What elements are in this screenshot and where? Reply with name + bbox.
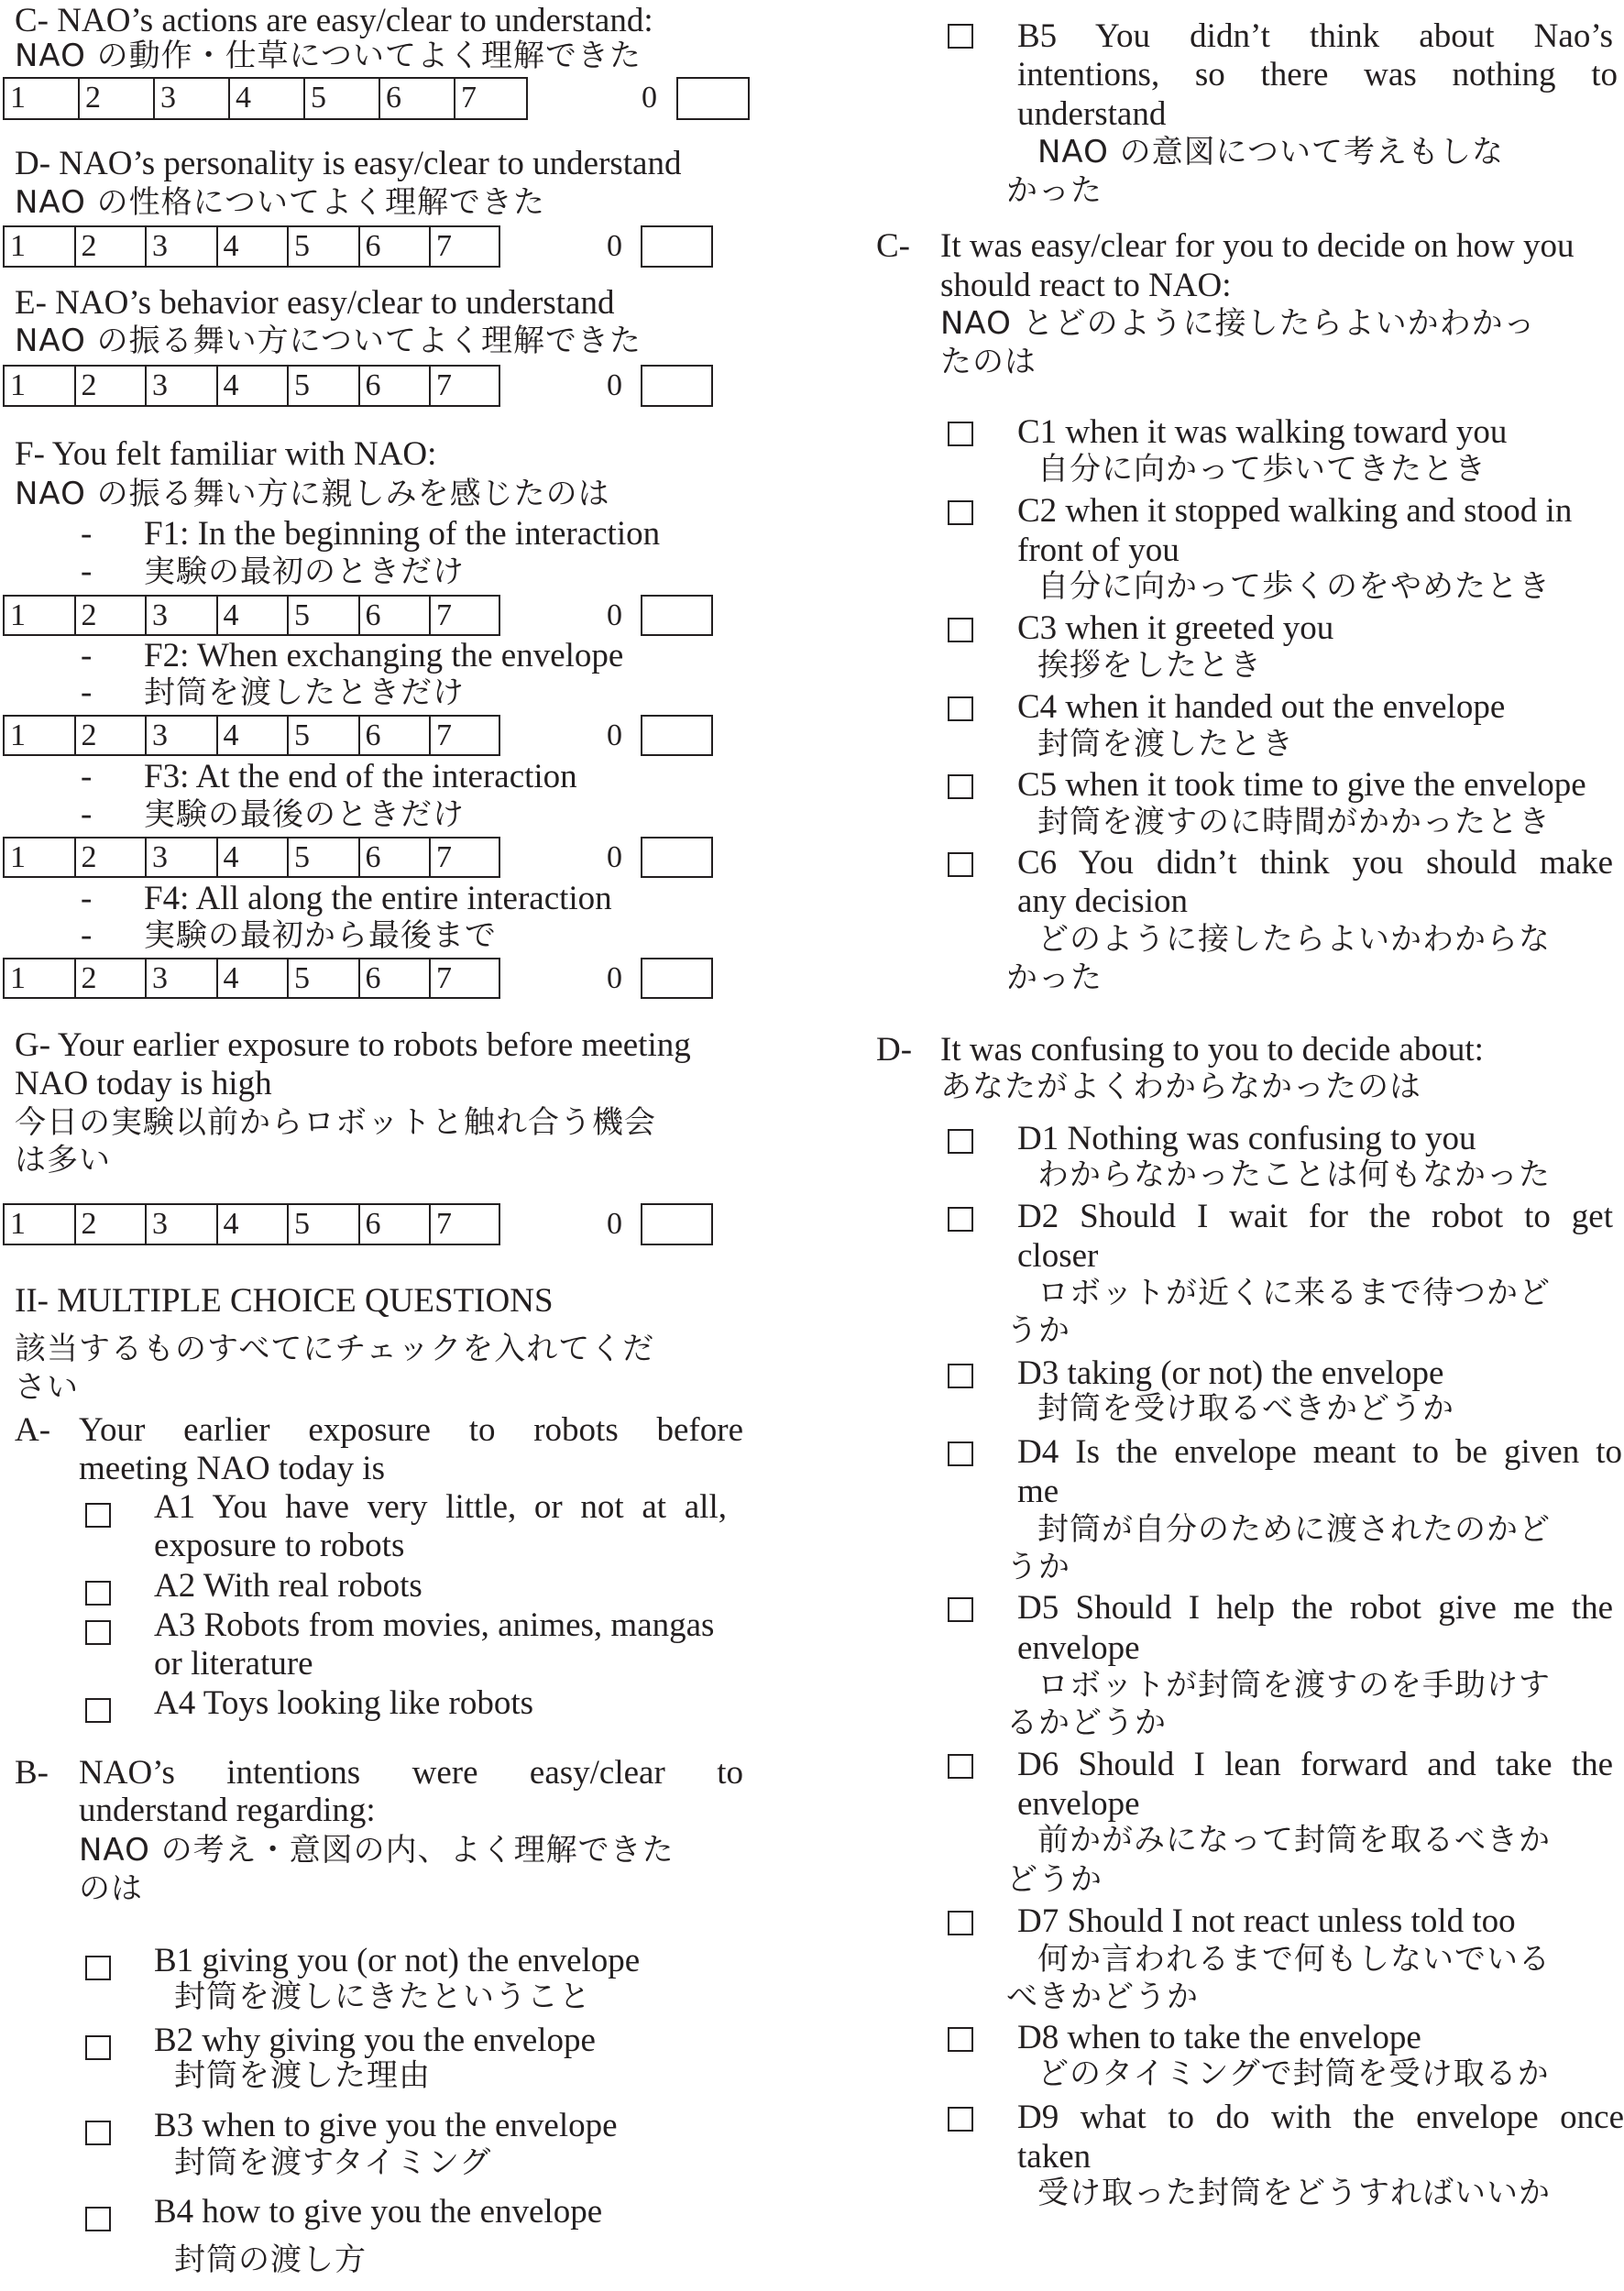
- checkbox-c5[interactable]: [948, 774, 973, 799]
- checkbox-b1[interactable]: [85, 1956, 111, 1980]
- scale-option-4[interactable]: 4: [218, 959, 290, 997]
- question-d-mc-jp-line1: あなたがよくわからなかったのは: [940, 1068, 1421, 1106]
- rating-scale-g: 1 2 3 4 5 6 7: [3, 1203, 500, 1245]
- option-d2-line1: D2 Should I wait for the robot to get: [1017, 1198, 1613, 1236]
- checkbox-d8[interactable]: [948, 2027, 973, 2052]
- rating-scale-f2: 1 2 3 4 5 6 7: [3, 715, 500, 756]
- rating-scale-f4: 1 2 3 4 5 6 7: [3, 958, 500, 999]
- scale-option-5[interactable]: 5: [289, 227, 360, 266]
- scale-option-6[interactable]: 6: [360, 717, 432, 754]
- option-b3-jp: 封筒を渡すタイミング: [174, 2143, 491, 2182]
- option-d7-jp-line2: べきかどうか: [1006, 1978, 1199, 2016]
- option-d7: D7 Should I not react unless told too: [1017, 1902, 1516, 1941]
- option-c6-jp-line1: どのように接したらよいかわからな: [1037, 920, 1551, 959]
- option-b5-line3: understand: [1017, 95, 1166, 134]
- question-c-mc-label: C-: [876, 227, 910, 266]
- scale-option-3[interactable]: 3: [147, 959, 218, 997]
- checkbox-b3[interactable]: [85, 2121, 111, 2145]
- option-c6-jp-line2: かった: [1006, 959, 1103, 997]
- option-a3-line1: A3 Robots from movies, animes, mangas: [154, 1606, 714, 1645]
- question-c-title: C- NAO’s actions are easy/clear to under…: [15, 2, 653, 40]
- option-c2-line1: C2 when it stopped walking and stood in: [1017, 492, 1572, 531]
- section-2-title: II- MULTIPLE CHOICE QUESTIONS: [15, 1282, 554, 1321]
- checkbox-d2[interactable]: [948, 1207, 973, 1232]
- checkbox-c1[interactable]: [948, 422, 973, 446]
- question-b-jp-line2: のは: [79, 1869, 143, 1908]
- option-d7-jp-line1: 何か言われるまで何もしないでいる: [1037, 1940, 1551, 1979]
- option-d6-line2: envelope: [1017, 1785, 1140, 1824]
- option-b5-line2: intentions, so there was nothing to: [1017, 56, 1618, 94]
- option-b4-jp: 封筒の渡し方: [174, 2241, 367, 2279]
- bullet-dash: -: [81, 637, 92, 675]
- scale-option-3[interactable]: 3: [155, 79, 230, 118]
- f3-jp: 実験の最後のときだけ: [144, 795, 465, 834]
- scale-option-3[interactable]: 3: [147, 839, 218, 876]
- option-c6-line1: C6 You didn’t think you should make: [1017, 844, 1613, 882]
- bullet-dash: -: [81, 515, 92, 554]
- scale-option-7[interactable]: 7: [431, 1205, 499, 1244]
- section-2-instruction-line2: さい: [15, 1368, 79, 1407]
- option-d5-jp-line1: ロボットが封筒を渡すのを手助けす: [1037, 1666, 1551, 1705]
- scale-option-2[interactable]: 2: [76, 959, 148, 997]
- scale-option-6[interactable]: 6: [360, 839, 432, 876]
- scale-option-7[interactable]: 7: [455, 79, 526, 118]
- scale-option-1[interactable]: 1: [5, 597, 76, 634]
- f3-label: F3: At the end of the interaction: [144, 758, 577, 796]
- option-d6-line1: D6 Should I lean forward and take the: [1017, 1746, 1613, 1784]
- scale-option-3[interactable]: 3: [147, 1205, 218, 1244]
- option-c3-jp: 挨拶をしたとき: [1037, 646, 1262, 685]
- question-c-jp: NAO の動作・仕草についてよく理解できた: [15, 37, 642, 75]
- scale-option-1[interactable]: 1: [5, 959, 76, 997]
- option-d4-line2: me: [1017, 1473, 1059, 1511]
- question-g-title-line1: G- Your earlier exposure to robots befor…: [15, 1026, 691, 1065]
- question-f-jp: NAO の振る舞い方に親しみを感じたのは: [15, 475, 610, 513]
- bullet-dash: -: [81, 674, 92, 712]
- section-2-instruction-line1: 該当するものすべてにチェックを入れてくだ: [15, 1330, 654, 1368]
- zero-label: 0: [607, 839, 622, 877]
- option-d2-jp-line1: ロボットが近くに来るまで待つかど: [1037, 1274, 1551, 1312]
- scale-option-5[interactable]: 5: [289, 367, 360, 405]
- question-c-mc-jp-line1: NAO とどのように接したらよいかわかっ: [940, 304, 1536, 343]
- scale-option-2[interactable]: 2: [76, 597, 148, 634]
- zero-answer-box-f3[interactable]: [641, 837, 713, 878]
- checkbox-c2[interactable]: [948, 500, 973, 525]
- checkbox-c4[interactable]: [948, 696, 973, 721]
- scale-option-4[interactable]: 4: [230, 79, 305, 118]
- rating-scale-c: 1 2 3 4 5 6 7: [3, 77, 528, 120]
- checkbox-a2[interactable]: [85, 1581, 111, 1606]
- scale-option-5[interactable]: 5: [289, 717, 360, 754]
- f4-label: F4: All along the entire interaction: [144, 880, 612, 918]
- zero-label: 0: [607, 597, 622, 635]
- question-b-label: B-: [15, 1754, 49, 1792]
- f1-label: F1: In the beginning of the interaction: [144, 515, 660, 554]
- scale-option-7[interactable]: 7: [431, 959, 499, 997]
- scale-option-3[interactable]: 3: [147, 367, 218, 405]
- checkbox-a3[interactable]: [85, 1620, 111, 1645]
- option-b3: B3 when to give you the envelope: [154, 2107, 618, 2145]
- question-b-line1: NAO’s intentions were easy/clear to: [79, 1754, 743, 1792]
- scale-option-4[interactable]: 4: [218, 597, 290, 634]
- option-c4-jp: 封筒を渡したとき: [1037, 725, 1294, 763]
- checkbox-b4[interactable]: [85, 2207, 111, 2231]
- scale-option-2[interactable]: 2: [80, 79, 155, 118]
- option-d4-line1: D4 Is the envelope meant to be given to: [1017, 1433, 1622, 1472]
- option-b5-jp-line2: かった: [1006, 171, 1103, 210]
- zero-answer-box-f1[interactable]: [641, 595, 713, 636]
- f2-jp: 封筒を渡したときだけ: [144, 674, 465, 712]
- rating-scale-e: 1 2 3 4 5 6 7: [3, 365, 500, 407]
- checkbox-b2[interactable]: [85, 2035, 111, 2060]
- option-b1-jp: 封筒を渡しにきたということ: [174, 1978, 591, 2016]
- option-c4: C4 when it handed out the envelope: [1017, 688, 1505, 727]
- option-c1: C1 when it was walking toward you: [1017, 413, 1507, 452]
- scale-option-6[interactable]: 6: [380, 79, 455, 118]
- scale-option-5[interactable]: 5: [289, 1205, 360, 1244]
- question-f-title: F- You felt familiar with NAO:: [15, 435, 436, 474]
- bullet-dash: -: [81, 880, 92, 918]
- scale-option-4[interactable]: 4: [218, 227, 290, 266]
- question-g-jp-line2: は多い: [15, 1141, 111, 1179]
- option-d4-jp-line1: 封筒が自分のために渡されたのかど: [1037, 1510, 1551, 1549]
- zero-answer-box-e[interactable]: [641, 365, 713, 407]
- option-d9-jp: 受け取った封筒をどうすればいいか: [1037, 2174, 1551, 2212]
- zero-answer-box-c[interactable]: [676, 77, 750, 120]
- checkbox-d1[interactable]: [948, 1129, 973, 1154]
- option-d9-line1: D9 what to do with the envelope once: [1017, 2099, 1624, 2137]
- option-d5-line2: envelope: [1017, 1629, 1140, 1668]
- option-d3-jp: 封筒を受け取るべきかどうか: [1037, 1389, 1454, 1428]
- zero-label: 0: [607, 227, 622, 266]
- question-b-line2: understand regarding:: [79, 1792, 376, 1830]
- question-d-mc-line1: It was confusing to you to decide about:: [940, 1031, 1484, 1069]
- zero-label: 0: [607, 1205, 622, 1244]
- option-b5-jp-line1: NAO の意図について考えもしな: [1037, 133, 1504, 171]
- checkbox-d4[interactable]: [948, 1441, 973, 1466]
- zero-answer-box-f2[interactable]: [641, 715, 713, 756]
- scale-option-4[interactable]: 4: [218, 367, 290, 405]
- question-a-line1: Your earlier exposure to robots before: [79, 1411, 743, 1450]
- scale-option-6[interactable]: 6: [360, 1205, 432, 1244]
- option-b4: B4 how to give you the envelope: [154, 2193, 602, 2231]
- option-b5-line1: B5 You didn’t think about Nao’s: [1017, 17, 1613, 56]
- scale-option-2[interactable]: 2: [76, 227, 148, 266]
- scale-option-3[interactable]: 3: [147, 717, 218, 754]
- option-d3: D3 taking (or not) the envelope: [1017, 1354, 1443, 1393]
- option-c5-jp: 封筒を渡すのに時間がかかったとき: [1037, 803, 1551, 841]
- scale-option-5[interactable]: 5: [289, 597, 360, 634]
- zero-label: 0: [607, 717, 622, 755]
- option-a4: A4 Toys looking like robots: [154, 1684, 533, 1723]
- option-c1-jp: 自分に向かって歩いてきたとき: [1037, 450, 1487, 488]
- f4-jp: 実験の最初から最後まで: [144, 916, 497, 955]
- question-g-title-line2: NAO today is high: [15, 1065, 272, 1103]
- option-c6-line2: any decision: [1017, 882, 1188, 921]
- zero-label: 0: [607, 959, 622, 998]
- option-a1-line1: A1 You have very little, or not at all,: [154, 1488, 727, 1527]
- scale-option-5[interactable]: 5: [289, 959, 360, 997]
- option-a2: A2 With real robots: [154, 1567, 422, 1606]
- zero-answer-box-f4[interactable]: [641, 958, 713, 999]
- scale-option-1[interactable]: 1: [5, 227, 76, 266]
- scale-option-1[interactable]: 1: [5, 367, 76, 405]
- scale-option-7[interactable]: 7: [431, 597, 499, 634]
- checkbox-d3[interactable]: [948, 1364, 973, 1388]
- rating-scale-f1: 1 2 3 4 5 6 7: [3, 595, 500, 636]
- question-b-jp-line1: NAO の考え・意図の内、よく理解できた: [79, 1831, 675, 1869]
- question-e-jp: NAO の振る舞い方についてよく理解できた: [15, 322, 642, 360]
- scale-option-5[interactable]: 5: [305, 79, 380, 118]
- option-b1: B1 giving you (or not) the envelope: [154, 1942, 640, 1980]
- option-b2-jp: 封筒を渡した理由: [174, 2056, 431, 2095]
- scale-option-7[interactable]: 7: [431, 227, 499, 266]
- bullet-dash: -: [81, 758, 92, 796]
- scale-option-2[interactable]: 2: [76, 839, 148, 876]
- scale-option-6[interactable]: 6: [360, 227, 432, 266]
- option-c2-jp: 自分に向かって歩くのをやめたとき: [1037, 567, 1551, 606]
- question-c-mc-line2: should react to NAO:: [940, 267, 1232, 305]
- zero-label: 0: [642, 79, 657, 117]
- checkbox-b5[interactable]: [948, 24, 973, 49]
- question-d-title: D- NAO’s personality is easy/clear to un…: [15, 145, 681, 183]
- option-d2-jp-line2: うか: [1006, 1311, 1070, 1350]
- scale-option-1[interactable]: 1: [5, 839, 76, 876]
- scale-option-1[interactable]: 1: [5, 717, 76, 754]
- zero-label: 0: [607, 367, 622, 405]
- scale-option-1[interactable]: 1: [5, 79, 80, 118]
- question-d-jp: NAO の性格についてよく理解できた: [15, 183, 545, 222]
- option-d1: D1 Nothing was confusing to you: [1017, 1120, 1476, 1158]
- f1-jp: 実験の最初のときだけ: [144, 553, 465, 591]
- option-a1-line2: exposure to robots: [154, 1527, 404, 1565]
- option-d6-jp-line1: 前かがみになって封筒を取るべきか: [1037, 1821, 1551, 1859]
- checkbox-d5[interactable]: [948, 1597, 973, 1622]
- option-d8-jp: どのタイミングで封筒を受け取るか: [1037, 2055, 1550, 2093]
- question-g-jp-line1: 今日の実験以前からロボットと触れ合う機会: [15, 1103, 656, 1142]
- option-c2-line2: front of you: [1017, 532, 1180, 570]
- option-d4-jp-line2: うか: [1006, 1548, 1070, 1586]
- bullet-dash: -: [81, 553, 92, 591]
- option-a3-line2: or literature: [154, 1645, 313, 1683]
- scale-option-6[interactable]: 6: [360, 367, 432, 405]
- scale-option-2[interactable]: 2: [76, 1205, 148, 1244]
- question-a-line2: meeting NAO today is: [79, 1450, 385, 1488]
- option-d8: D8 when to take the envelope: [1017, 2019, 1421, 2057]
- checkbox-d6[interactable]: [948, 1754, 973, 1779]
- scale-option-7[interactable]: 7: [431, 367, 499, 405]
- bullet-dash: -: [81, 916, 92, 955]
- option-b2: B2 why giving you the envelope: [154, 2022, 596, 2060]
- rating-scale-f3: 1 2 3 4 5 6 7: [3, 837, 500, 878]
- checkbox-c3[interactable]: [948, 618, 973, 642]
- scale-option-7[interactable]: 7: [431, 717, 499, 754]
- checkbox-a1[interactable]: [85, 1503, 111, 1528]
- option-d1-jp: わからなかったことは何もなかった: [1037, 1156, 1551, 1194]
- f2-label: F2: When exchanging the envelope: [144, 637, 623, 675]
- option-d9-line2: taken: [1017, 2138, 1091, 2176]
- scale-option-4[interactable]: 4: [218, 717, 290, 754]
- option-d6-jp-line2: どうか: [1006, 1860, 1103, 1899]
- scale-option-4[interactable]: 4: [218, 839, 290, 876]
- question-c-mc-line1: It was easy/clear for you to decide on h…: [940, 227, 1574, 266]
- scale-option-6[interactable]: 6: [360, 597, 432, 634]
- scale-option-6[interactable]: 6: [360, 959, 432, 997]
- option-d5-jp-line2: るかどうか: [1006, 1704, 1167, 1742]
- question-c-mc-jp-line2: たのは: [940, 343, 1037, 381]
- scale-option-3[interactable]: 3: [147, 227, 218, 266]
- zero-answer-box-d[interactable]: [641, 225, 713, 268]
- scale-option-7[interactable]: 7: [431, 839, 499, 876]
- scale-option-2[interactable]: 2: [76, 717, 148, 754]
- scale-option-2[interactable]: 2: [76, 367, 148, 405]
- scale-option-5[interactable]: 5: [289, 839, 360, 876]
- option-c5: C5 when it took time to give the envelop…: [1017, 766, 1586, 805]
- option-c3: C3 when it greeted you: [1017, 609, 1333, 648]
- checkbox-c6[interactable]: [948, 852, 973, 877]
- scale-option-3[interactable]: 3: [147, 597, 218, 634]
- scale-option-1[interactable]: 1: [5, 1205, 76, 1244]
- checkbox-d7[interactable]: [948, 1911, 973, 1935]
- bullet-dash: -: [81, 795, 92, 834]
- zero-answer-box-g[interactable]: [641, 1203, 713, 1245]
- option-d5-line1: D5 Should I help the robot give me the: [1017, 1589, 1613, 1628]
- option-d2-line2: closer: [1017, 1237, 1098, 1276]
- question-e-title: E- NAO’s behavior easy/clear to understa…: [15, 284, 614, 323]
- scale-option-4[interactable]: 4: [218, 1205, 290, 1244]
- checkbox-d9[interactable]: [948, 2107, 973, 2132]
- rating-scale-d: 1 2 3 4 5 6 7: [3, 225, 500, 268]
- checkbox-a4[interactable]: [85, 1698, 111, 1723]
- question-d-mc-label: D-: [876, 1031, 912, 1069]
- question-a-label: A-: [15, 1411, 50, 1450]
